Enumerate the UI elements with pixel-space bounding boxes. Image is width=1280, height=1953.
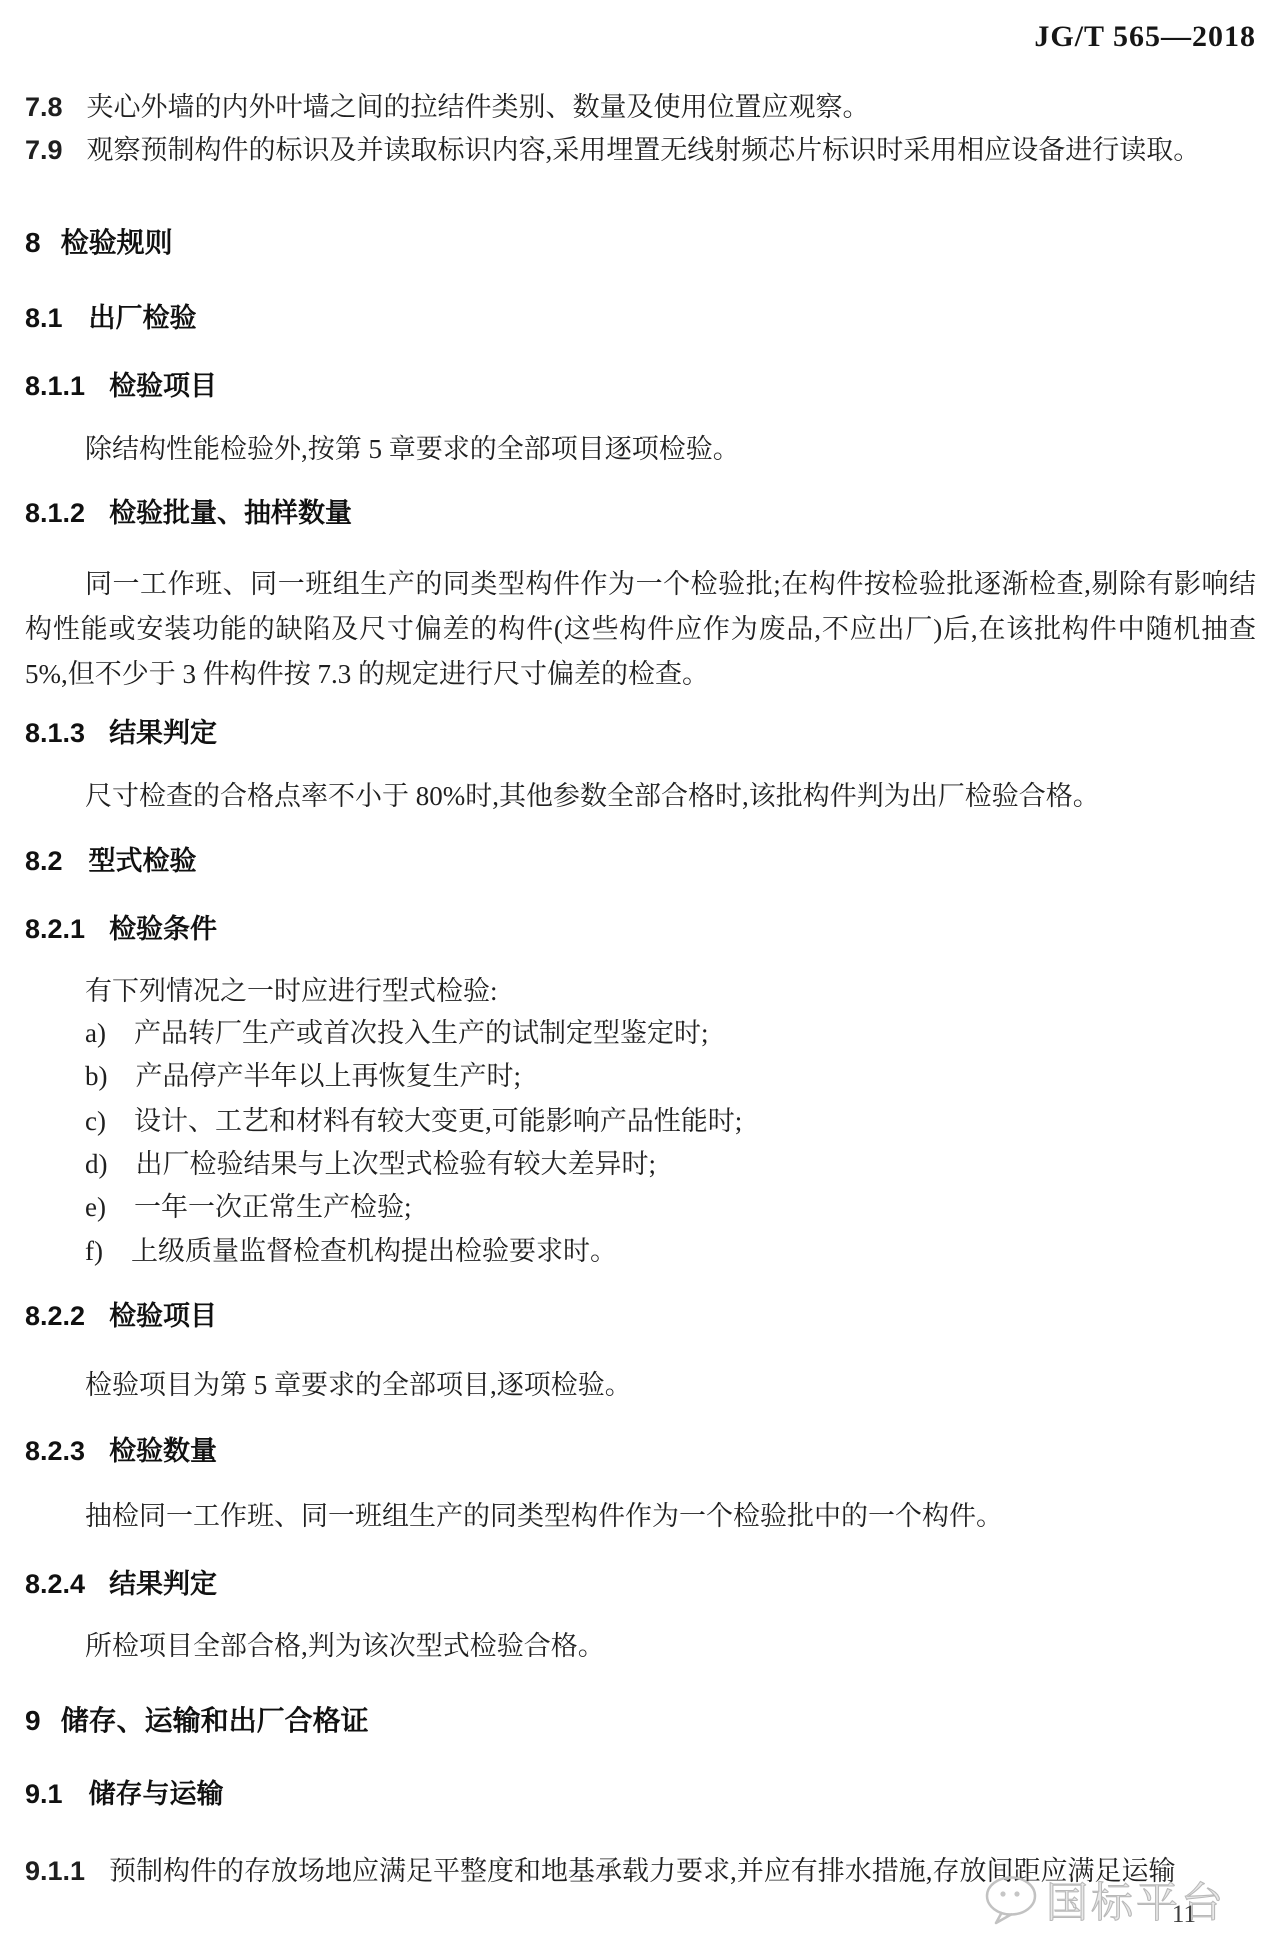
heading-text: 型式检验 (89, 846, 197, 876)
heading-number: 9.1 (25, 1779, 63, 1809)
list-text: 设计、工艺和材料有较大变更,可能影响产品性能时; (134, 1106, 742, 1136)
heading-number: 8.2.1 (25, 914, 85, 944)
heading-text: 检验规则 (61, 227, 173, 258)
section-heading-8-1: 8.1出厂检验 (25, 303, 1256, 333)
subsection-heading-8-2-2: 8.2.2检验项目 (25, 1301, 1256, 1331)
paragraph: 除结构性能检验外,按第 5 章要求的全部项目逐项检验。 (25, 434, 1256, 464)
clause-text: 夹心外墙的内外叶墙之间的拉结件类别、数量及使用位置应观察。 (87, 92, 870, 122)
list-item-e: e)一年一次正常生产检验; (25, 1192, 1256, 1222)
subsection-heading-8-1-1: 8.1.1检验项目 (25, 371, 1256, 401)
heading-text: 储存与运输 (89, 1779, 224, 1809)
subsection-heading-8-2-1: 8.2.1检验条件 (25, 914, 1256, 944)
heading-number: 8 (25, 228, 41, 258)
paragraph: 检验项目为第 5 章要求的全部项目,逐项检验。 (25, 1370, 1256, 1400)
heading-text: 检验批量、抽样数量 (109, 498, 352, 528)
heading-number: 8.1.2 (25, 498, 85, 528)
list-item-d: d)出厂检验结果与上次型式检验有较大差异时; (25, 1149, 1256, 1179)
heading-text: 出厂检验 (89, 303, 197, 333)
heading-text: 检验项目 (109, 1301, 217, 1331)
paragraph: 同一工作班、同一班组生产的同类型构件作为一个检验批;在构件按检验批逐渐检查,剔除… (25, 562, 1256, 697)
list-letter: b) (85, 1061, 108, 1091)
list-text: 一年一次正常生产检验; (134, 1192, 412, 1222)
list-item-b: b)产品停产半年以上再恢复生产时; (25, 1061, 1256, 1091)
paragraph: 有下列情况之一时应进行型式检验: (25, 976, 1256, 1006)
clause-text: 预制构件的存放场地应满足平整度和地基承载力要求,并应有排水措施,存放间距应满足运… (109, 1856, 1176, 1886)
clause-7-8: 7.8夹心外墙的内外叶墙之间的拉结件类别、数量及使用位置应观察。 (25, 92, 1256, 122)
section-heading-9-1: 9.1储存与运输 (25, 1779, 1256, 1809)
heading-text: 结果判定 (109, 718, 217, 748)
clause-text: 观察预制构件的标识及并读取标识内容,采用埋置无线射频芯片标识时采用相应设备进行读… (87, 135, 1201, 165)
list-letter: c) (85, 1106, 106, 1136)
heading-text: 检验项目 (109, 371, 217, 401)
paragraph: 尺寸检查的合格点率不小于 80%时,其他参数全部合格时,该批构件判为出厂检验合格… (25, 781, 1256, 811)
list-letter: a) (85, 1018, 106, 1048)
page-number: 11 (1172, 1901, 1196, 1929)
heading-number: 8.1.1 (25, 371, 85, 401)
subsection-heading-8-2-3: 8.2.3检验数量 (25, 1436, 1256, 1466)
list-item-c: c)设计、工艺和材料有较大变更,可能影响产品性能时; (25, 1106, 1256, 1136)
chapter-heading-8: 8检验规则 (25, 228, 1256, 258)
heading-number: 8.1 (25, 303, 63, 333)
chapter-heading-9: 9储存、运输和出厂合格证 (25, 1706, 1256, 1736)
heading-number: 8.2.2 (25, 1301, 85, 1331)
list-item-a: a)产品转厂生产或首次投入生产的试制定型鉴定时; (25, 1018, 1256, 1048)
list-letter: e) (85, 1192, 106, 1222)
list-text: 产品转厂生产或首次投入生产的试制定型鉴定时; (134, 1018, 709, 1048)
list-item-f: f)上级质量监督检查机构提出检验要求时。 (25, 1236, 1256, 1266)
heading-text: 检验条件 (109, 914, 217, 944)
subsection-heading-8-2-4: 8.2.4结果判定 (25, 1569, 1256, 1599)
watermark-text: 国标平台 (1046, 1880, 1226, 1926)
standard-number: JG/T 565—2018 (1034, 20, 1256, 53)
list-text: 出厂检验结果与上次型式检验有较大差异时; (136, 1149, 657, 1179)
heading-number: 8.2.4 (25, 1569, 85, 1599)
subsection-heading-8-1-2: 8.1.2检验批量、抽样数量 (25, 498, 1256, 528)
list-letter: d) (85, 1149, 108, 1179)
clause-7-9: 7.9观察预制构件的标识及并读取标识内容,采用埋置无线射频芯片标识时采用相应设备… (25, 135, 1256, 165)
clause-9-1-1: 9.1.1预制构件的存放场地应满足平整度和地基承载力要求,并应有排水措施,存放间… (25, 1856, 1256, 1886)
clause-number: 7.9 (25, 135, 63, 165)
list-text: 上级质量监督检查机构提出检验要求时。 (131, 1236, 617, 1266)
heading-number: 9 (25, 1706, 41, 1736)
heading-text: 检验数量 (109, 1436, 217, 1466)
list-letter: f) (85, 1236, 103, 1266)
heading-number: 8.2.3 (25, 1436, 85, 1466)
page-header: JG/T 565—2018 (25, 20, 1256, 50)
section-heading-8-2: 8.2型式检验 (25, 846, 1256, 876)
heading-text: 结果判定 (109, 1569, 217, 1599)
document-page: JG/T 565—2018 7.8夹心外墙的内外叶墙之间的拉结件类别、数量及使用… (0, 20, 1280, 1886)
heading-number: 8.2 (25, 846, 63, 876)
heading-number: 8.1.3 (25, 718, 85, 748)
paragraph: 抽检同一工作班、同一班组生产的同类型构件作为一个检验批中的一个构件。 (25, 1501, 1256, 1531)
clause-number: 9.1.1 (25, 1856, 85, 1886)
paragraph: 所检项目全部合格,判为该次型式检验合格。 (25, 1631, 1256, 1661)
clause-number: 7.8 (25, 92, 63, 122)
heading-text: 储存、运输和出厂合格证 (61, 1705, 369, 1736)
subsection-heading-8-1-3: 8.1.3结果判定 (25, 718, 1256, 748)
list-text: 产品停产半年以上再恢复生产时; (136, 1061, 522, 1091)
